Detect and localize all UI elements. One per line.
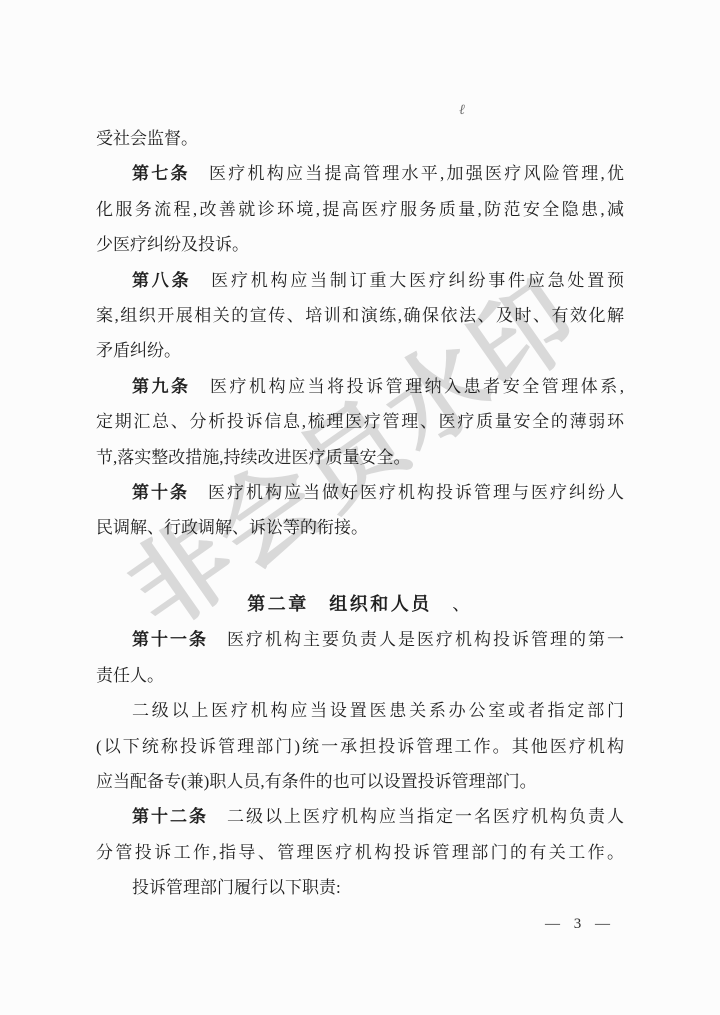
line-text: 化服务流程,改善就诊环境,提高医疗服务质量,防范安全隐患,减 — [96, 200, 624, 219]
line-text: 、 — [432, 594, 473, 614]
text-line: 第十条 医疗机构应当做好医疗机构投诉管理与医疗纠纷人 — [96, 475, 624, 510]
line-text: 节,落实整改措施,持续改进医疗质量安全。 — [96, 448, 411, 467]
line-text: 矛盾纠纷。 — [96, 341, 181, 360]
text-line: 第七条 医疗机构应当提高管理水平,加强医疗风险管理,优 — [96, 156, 624, 191]
scanned-document-page: 非会员水印 ℓ 受社会监督。第七条 医疗机构应当提高管理水平,加强医疗风险管理,… — [0, 0, 720, 1015]
text-line: (以下统称投诉管理部门)统一承担投诉管理工作。其他医疗机构 — [96, 729, 624, 764]
line-text: 民调解、行政调解、诉讼等的衔接。 — [96, 518, 368, 537]
line-text: 医疗机构应当提高管理水平,加强医疗风险管理,优 — [190, 164, 624, 183]
line-text: 少医疗纠纷及投诉。 — [96, 235, 249, 254]
article-number-label: 第二章 组织和人员 — [247, 594, 432, 614]
text-line: 第十一条 医疗机构主要负责人是医疗机构投诉管理的第一 — [96, 622, 624, 657]
line-text: 医疗机构应当制订重大医疗纠纷事件应急处置预 — [191, 271, 624, 290]
page-number: — 3 — — [96, 912, 624, 936]
text-line: 二级以上医疗机构应当设置医患关系办公室或者指定部门 — [96, 693, 624, 728]
line-text: 受社会监督。 — [96, 129, 198, 148]
line-text: 医疗机构主要负责人是医疗机构投诉管理的第一 — [208, 630, 624, 649]
text-line: 案,组织开展相关的宣传、培训和演练,确保依法、及时、有效化解 — [96, 298, 624, 333]
text-line: 民调解、行政调解、诉讼等的衔接。 — [96, 510, 624, 545]
document-body: 受社会监督。第七条 医疗机构应当提高管理水平,加强医疗风险管理,优化服务流程,改… — [96, 121, 624, 936]
line-text: 案,组织开展相关的宣传、培训和演练,确保依法、及时、有效化解 — [96, 306, 624, 325]
chapter-heading: 第二章 组织和人员 、 — [96, 587, 624, 622]
line-text: 投诉管理部门履行以下职责: — [132, 878, 341, 897]
line-text: 应当配备专(兼)职人员,有条件的也可以设置投诉管理部门。 — [96, 772, 537, 791]
line-text: (以下统称投诉管理部门)统一承担投诉管理工作。其他医疗机构 — [96, 737, 624, 756]
text-line: 第十二条 二级以上医疗机构应当指定一名医疗机构负责人 — [96, 799, 624, 834]
text-line: 化服务流程,改善就诊环境,提高医疗服务质量,防范安全隐患,减 — [96, 192, 624, 227]
text-line: 投诉管理部门履行以下职责: — [96, 870, 624, 905]
article-number-label: 第九条 — [132, 377, 191, 396]
line-text: 二级以上医疗机构应当设置医患关系办公室或者指定部门 — [132, 701, 624, 720]
text-line: 受社会监督。 — [96, 121, 624, 156]
article-number-label: 第八条 — [132, 271, 191, 290]
text-line: 分管投诉工作,指导、管理医疗机构投诉管理部门的有关工作。 — [96, 835, 624, 870]
text-line: 定期汇总、分析投诉信息,梳理医疗管理、医疗质量安全的薄弱环 — [96, 404, 624, 439]
text-line: 少医疗纠纷及投诉。 — [96, 227, 624, 262]
text-line: 责任人。 — [96, 658, 624, 693]
article-number-label: 第十条 — [132, 483, 189, 502]
scan-artifact-mark: ℓ — [459, 103, 465, 119]
article-number-label: 第十一条 — [132, 630, 208, 649]
line-text: 医疗机构应当将投诉管理纳入患者安全管理体系, — [191, 377, 624, 396]
article-number-label: 第十二条 — [132, 807, 208, 826]
line-text: 定期汇总、分析投诉信息,梳理医疗管理、医疗质量安全的薄弱环 — [96, 412, 624, 431]
line-text: 医疗机构应当做好医疗机构投诉管理与医疗纠纷人 — [189, 483, 624, 502]
article-number-label: 第七条 — [132, 164, 190, 183]
line-text: 分管投诉工作,指导、管理医疗机构投诉管理部门的有关工作。 — [96, 843, 624, 862]
text-line: 第八条 医疗机构应当制订重大医疗纠纷事件应急处置预 — [96, 263, 624, 298]
text-line: 应当配备专(兼)职人员,有条件的也可以设置投诉管理部门。 — [96, 764, 624, 799]
line-text: 责任人。 — [96, 666, 164, 685]
line-text: 二级以上医疗机构应当指定一名医疗机构负责人 — [208, 807, 624, 826]
text-line: 第九条 医疗机构应当将投诉管理纳入患者安全管理体系, — [96, 369, 624, 404]
text-line: 矛盾纠纷。 — [96, 333, 624, 368]
text-line: 节,落实整改措施,持续改进医疗质量安全。 — [96, 440, 624, 475]
document-lines: 受社会监督。第七条 医疗机构应当提高管理水平,加强医疗风险管理,优化服务流程,改… — [96, 121, 624, 906]
